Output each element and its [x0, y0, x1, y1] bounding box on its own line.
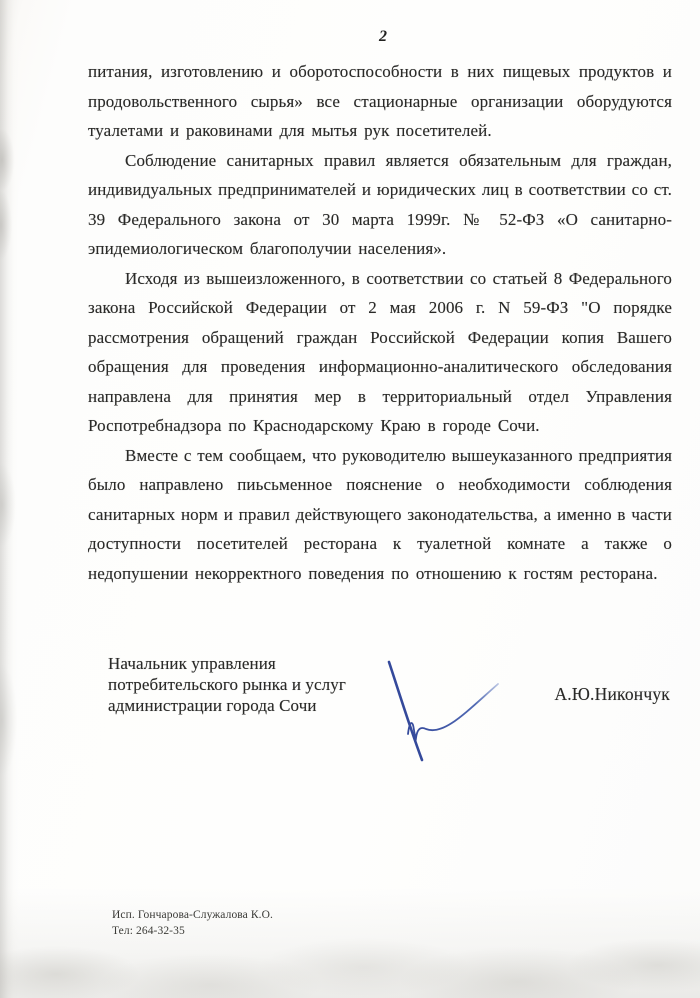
text-line: рассмотрения обращений граждан Российско…: [88, 323, 672, 353]
scan-edge-patches-left: [0, 0, 26, 998]
text-line: продовольственного сырья» все стационарн…: [88, 87, 672, 117]
signatory-title: Начальник управления потребительского ры…: [108, 653, 346, 716]
text-line: Вместе с тем сообщаем, что руководителю …: [88, 441, 672, 471]
text-line: Исходя из вышеизложенного, в соответстви…: [88, 264, 672, 294]
text-line: индивидуальных предпринимателей и юридич…: [88, 175, 672, 205]
text-line: санитарных норм и правил действующего за…: [88, 500, 672, 530]
executor-footer: Исп. Гончарова-Служалова К.О. Тел: 264-3…: [112, 908, 273, 939]
scan-noise-bottom: [0, 888, 700, 998]
text-line: закона Российской Федерации от 2 мая 200…: [88, 293, 672, 323]
signatory-name: А.Ю.Никончук: [554, 684, 670, 705]
scanned-letter-page: 2 питания, изготовлению и оборотоспособн…: [0, 0, 700, 998]
executor-name: Исп. Гончарова-Служалова К.О.: [112, 908, 273, 924]
text-line: эпидемиологическом благополучии населени…: [88, 234, 672, 264]
page-number: 2: [66, 28, 700, 46]
text-line: туалетами и раковинами для мытья рук пос…: [88, 116, 672, 146]
text-line: питания, изготовлению и оборотоспособнос…: [88, 57, 672, 87]
scan-edge-shadow-left: [0, 0, 18, 998]
signatory-title-line: потребительского рынка и услуг: [108, 674, 346, 695]
text-line: Соблюдение санитарных правил является об…: [88, 146, 672, 176]
text-line: Роспотребнадзора по Краснодарскому Краю …: [88, 411, 672, 441]
signature-ink: [378, 650, 508, 765]
text-line: обращения для проведения информационно-а…: [88, 352, 672, 382]
letter-body: питания, изготовлению и оборотоспособнос…: [88, 57, 672, 588]
signatory-title-line: администрации города Сочи: [108, 695, 346, 716]
executor-phone: Тел: 264-32-35: [112, 924, 273, 940]
text-line: недопушении некорректного поведения по о…: [88, 559, 672, 589]
text-line: направлена для принятия мер в территориа…: [88, 382, 672, 412]
text-line: 39 Федерального закона от 30 марта 1999г…: [88, 205, 672, 235]
text-line: доступности посетителей ресторана к туал…: [88, 529, 672, 559]
text-line: было направлено пиьсьменное пояснение о …: [88, 470, 672, 500]
signatory-title-line: Начальник управления: [108, 653, 346, 674]
